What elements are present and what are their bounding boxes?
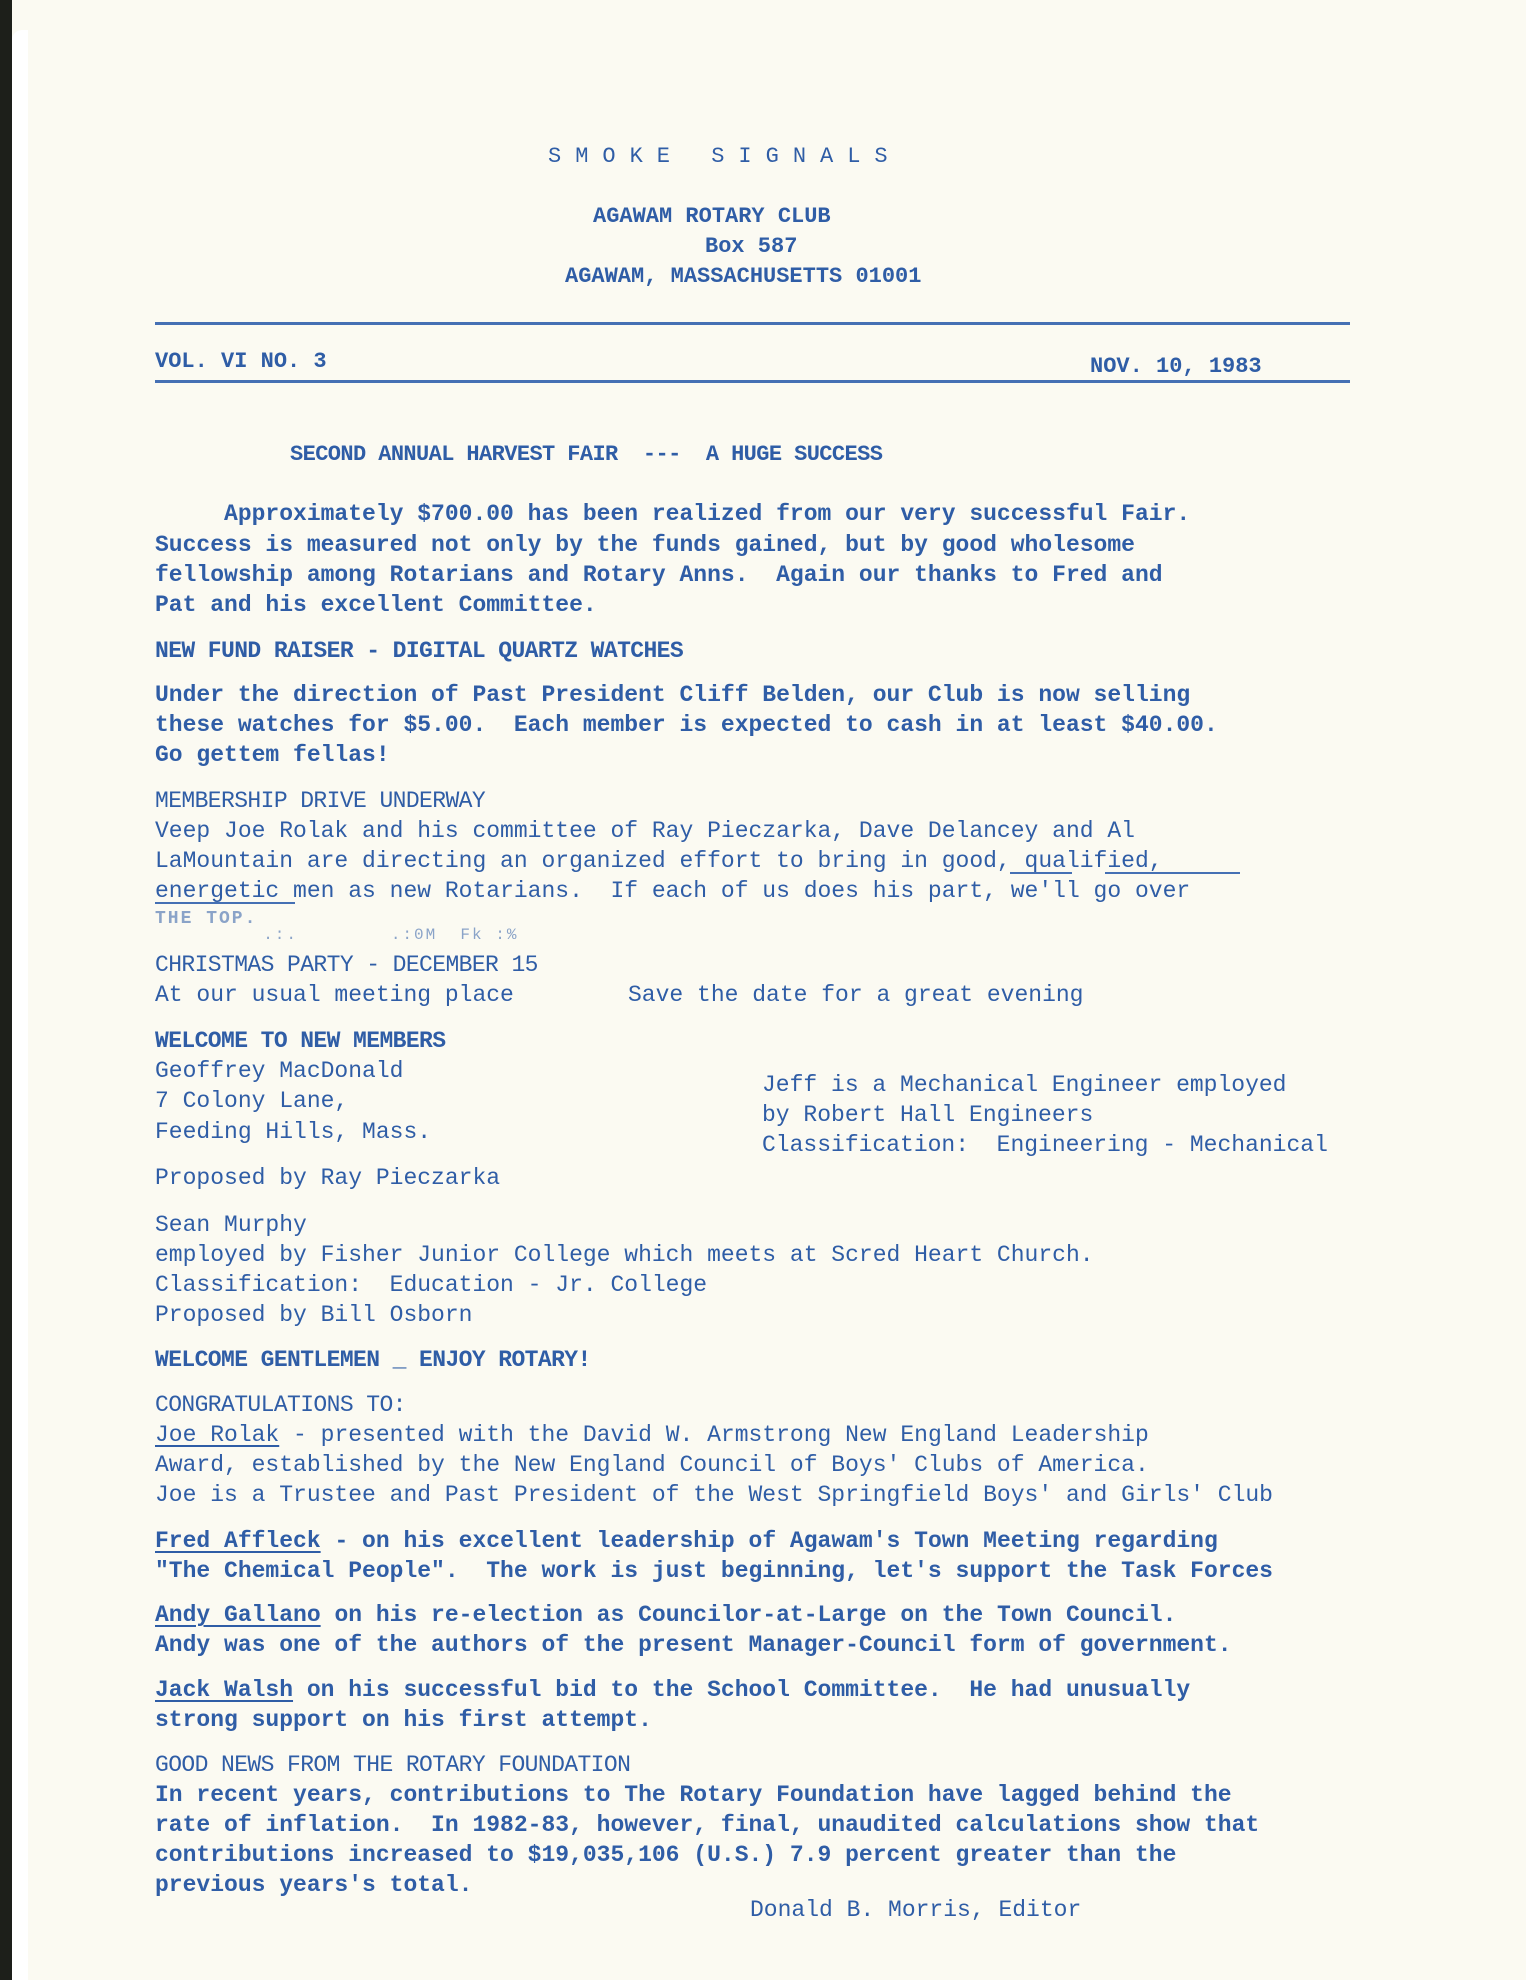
membership-heading: MEMBERSHIP DRIVE UNDERWAY [155, 786, 485, 816]
affleck-line-1: Fred Affleck - on his excellent leadersh… [155, 1526, 1218, 1556]
member1-street: 7 Colony Lane, [155, 1086, 348, 1116]
rolak-name: Joe Rolak [155, 1422, 279, 1448]
bottom-rule [155, 380, 1350, 383]
newsletter-page: SMOKE SIGNALS AGAWAM ROTARY CLUB Box 587… [0, 0, 1526, 1980]
christmas-note: Save the date for a great evening [628, 980, 1083, 1010]
walsh-text: on his successful bid to the School Comm… [293, 1677, 1190, 1703]
harvest-fair-heading: SECOND ANNUAL HARVEST FAIR --- A HUGE SU… [290, 440, 882, 470]
foundation-line-2: rate of inflation. In 1982-83, however, … [155, 1810, 1259, 1840]
member2-name: Sean Murphy [155, 1210, 307, 1240]
affleck-text: - on his excellent leadership of Agawam'… [321, 1528, 1218, 1554]
masthead-box: Box 587 [705, 232, 797, 262]
affleck-name: Fred Affleck [155, 1528, 321, 1554]
membership-line-1: Veep Joe Rolak and his committee of Ray … [155, 816, 1135, 846]
gallano-line-2: Andy was one of the authors of the prese… [155, 1630, 1232, 1660]
fund-raiser-line-3: Go gettem fellas! [155, 740, 390, 770]
masthead-address: AGAWAM, MASSACHUSETTS 01001 [565, 262, 921, 292]
member1-city: Feeding Hills, Mass. [155, 1117, 431, 1147]
new-members-heading: WELCOME TO NEW MEMBERS [155, 1026, 445, 1056]
gallano-name: Andy Gallano [155, 1602, 321, 1628]
christmas-location: At our usual meeting place [155, 980, 514, 1010]
welcome-closing: WELCOME GENTLEMEN _ ENJOY ROTARY! [155, 1345, 591, 1375]
christmas-heading: CHRISTMAS PARTY - DECEMBER 15 [155, 950, 538, 980]
harvest-fair-line-3: fellowship among Rotarians and Rotary An… [155, 560, 1163, 590]
member2-proposed: Proposed by Bill Osborn [155, 1300, 472, 1330]
rolak-line-3: Joe is a Trustee and Past President of t… [155, 1480, 1273, 1510]
affleck-line-2: "The Chemical People". The work is just … [155, 1556, 1273, 1586]
member1-desc-2: by Robert Hall Engineers [762, 1100, 1093, 1130]
masthead-org: AGAWAM ROTARY CLUB [593, 202, 831, 232]
harvest-fair-line-1: Approximately $700.00 has been realized … [155, 499, 1190, 529]
editor-signature: Donald B. Morris, Editor [750, 1895, 1081, 1925]
member1-name: Geoffrey MacDonald [155, 1056, 403, 1086]
foundation-line-1: In recent years, contributions to The Ro… [155, 1780, 1232, 1810]
foundation-line-3: contributions increased to $19,035,106 (… [155, 1840, 1176, 1870]
rolak-line-1: Joe Rolak - presented with the David W. … [155, 1420, 1149, 1450]
member1-proposed: Proposed by Ray Pieczarka [155, 1163, 500, 1193]
gallano-text: on his re-election as Councilor-at-Large… [321, 1602, 1177, 1628]
member2-classification: Classification: Education - Jr. College [155, 1270, 707, 1300]
foundation-line-4: previous years's total. [155, 1870, 472, 1900]
fund-raiser-line-1: Under the direction of Past President Cl… [155, 680, 1190, 710]
walsh-name: Jack Walsh [155, 1677, 293, 1703]
issue-volume: VOL. VI NO. 3 [155, 347, 327, 377]
top-rule [155, 322, 1350, 325]
fund-raiser-heading: NEW FUND RAISER - DIGITAL QUARTZ WATCHES [155, 636, 683, 666]
member1-desc-1: Jeff is a Mechanical Engineer employed [762, 1070, 1287, 1100]
masthead-title: SMOKE SIGNALS [548, 142, 902, 172]
fund-raiser-line-2: these watches for $5.00. Each member is … [155, 710, 1218, 740]
underline-energetic [155, 902, 295, 904]
harvest-fair-line-2: Success is measured not only by the fund… [155, 530, 1135, 560]
smudged-text: .:. .:0M Fk :% [240, 920, 518, 950]
rolak-line-2: Award, established by the New England Co… [155, 1450, 1149, 1480]
congratulations-heading: CONGRATULATIONS TO: [155, 1390, 406, 1420]
walsh-line-1: Jack Walsh on his successful bid to the … [155, 1675, 1190, 1705]
rolak-text: - presented with the David W. Armstrong … [279, 1422, 1149, 1448]
issue-date: NOV. 10, 1983 [1090, 352, 1262, 382]
underline-good [1010, 872, 1072, 874]
gallano-line-1: Andy Gallano on his re-election as Counc… [155, 1600, 1176, 1630]
member1-desc-3: Classification: Engineering - Mechanical [762, 1130, 1328, 1160]
underline-qualified [1105, 872, 1240, 874]
membership-line-3: energetic men as new Rotarians. If each … [155, 876, 1190, 906]
foundation-heading: GOOD NEWS FROM THE ROTARY FOUNDATION [155, 1750, 630, 1780]
member2-employer: employed by Fisher Junior College which … [155, 1240, 1094, 1270]
walsh-line-2: strong support on his first attempt. [155, 1705, 652, 1735]
harvest-fair-line-4: Pat and his excellent Committee. [155, 590, 597, 620]
